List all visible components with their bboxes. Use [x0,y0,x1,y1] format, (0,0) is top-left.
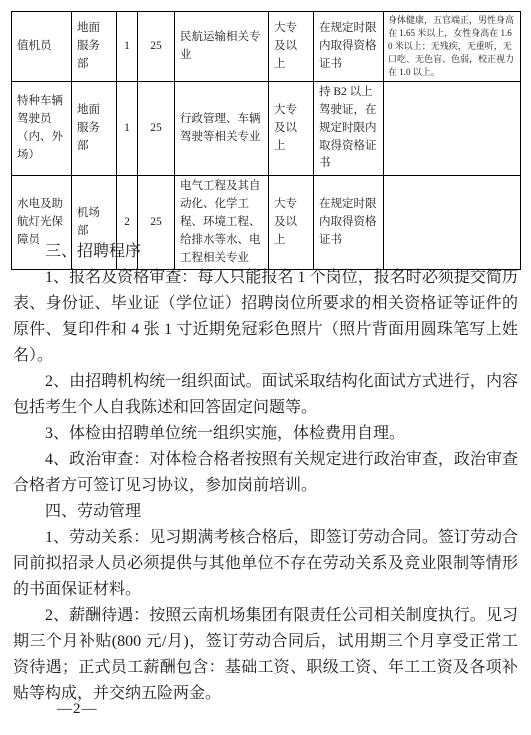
cell-position: 特种车辆驾驶员（内、外场） [12,82,72,176]
cell-certificate: 持 B2 以上驾驶证，在规定时限内取得资格证书 [314,82,384,176]
cell-education: 大专及以上 [269,12,314,82]
table-row: 特种车辆驾驶员（内、外场） 地面服务部 1 25 行政管理、车辆驾驶等相关专业 … [12,82,521,176]
cell-department: 地面服务部 [72,12,117,82]
paragraph: 2、由招聘机构统一组织面试。面试采取结构化面试方式进行，内容包括考生个人自我陈述… [13,369,518,421]
paragraph: 4、政治审查：对体检合格者按照有关规定进行政治审查，政治审查合格者方可签订见习协… [13,447,518,499]
cell-department: 地面服务部 [72,82,117,176]
paragraph: 2、薪酬待遇：按照云南机场集团有限责任公司相关制度执行。见习期三个月补贴(800… [13,603,518,707]
cell-other-requirements [384,82,521,176]
cell-major: 行政管理、车辆驾驶等相关专业 [175,82,269,176]
cell-position: 值机员 [12,12,72,82]
section-heading-recruitment-procedure: 三、招聘程序 [13,239,518,265]
paragraph: 3、体检由招聘单位统一组织实施，体检费用自理。 [13,421,518,447]
cell-other-requirements: 身体健康，五官端正，男性身高在 1.65 米以上，女性身高在 1.60 米以上；… [384,12,521,82]
page-number: —2— [57,701,98,718]
cell-major: 民航运输相关专业 [175,12,269,82]
cell-age: 25 [138,12,175,82]
document-body: 三、招聘程序 1、报名及资格审查：每人只能报名 1 个岗位，报名时必须提交简历表… [13,239,518,707]
cell-count: 1 [117,82,138,176]
cell-age: 25 [138,82,175,176]
positions-table: 值机员 地面服务部 1 25 民航运输相关专业 大专及以上 在规定时限内取得资格… [11,11,521,270]
paragraph: 1、劳动关系：见习期满考核合格后，即签订劳动合同。签订劳动合同前拟招录人员必须提… [13,525,518,603]
cell-education: 大专及以上 [269,82,314,176]
cell-certificate: 在规定时限内取得资格证书 [314,12,384,82]
table-row: 值机员 地面服务部 1 25 民航运输相关专业 大专及以上 在规定时限内取得资格… [12,12,521,82]
cell-count: 1 [117,12,138,82]
document-page: 值机员 地面服务部 1 25 民航运输相关专业 大专及以上 在规定时限内取得资格… [0,0,531,735]
section-heading-labor-management: 四、劳动管理 [13,499,518,525]
paragraph: 1、报名及资格审查：每人只能报名 1 个岗位，报名时必须提交简历表、身份证、毕业… [13,265,518,369]
